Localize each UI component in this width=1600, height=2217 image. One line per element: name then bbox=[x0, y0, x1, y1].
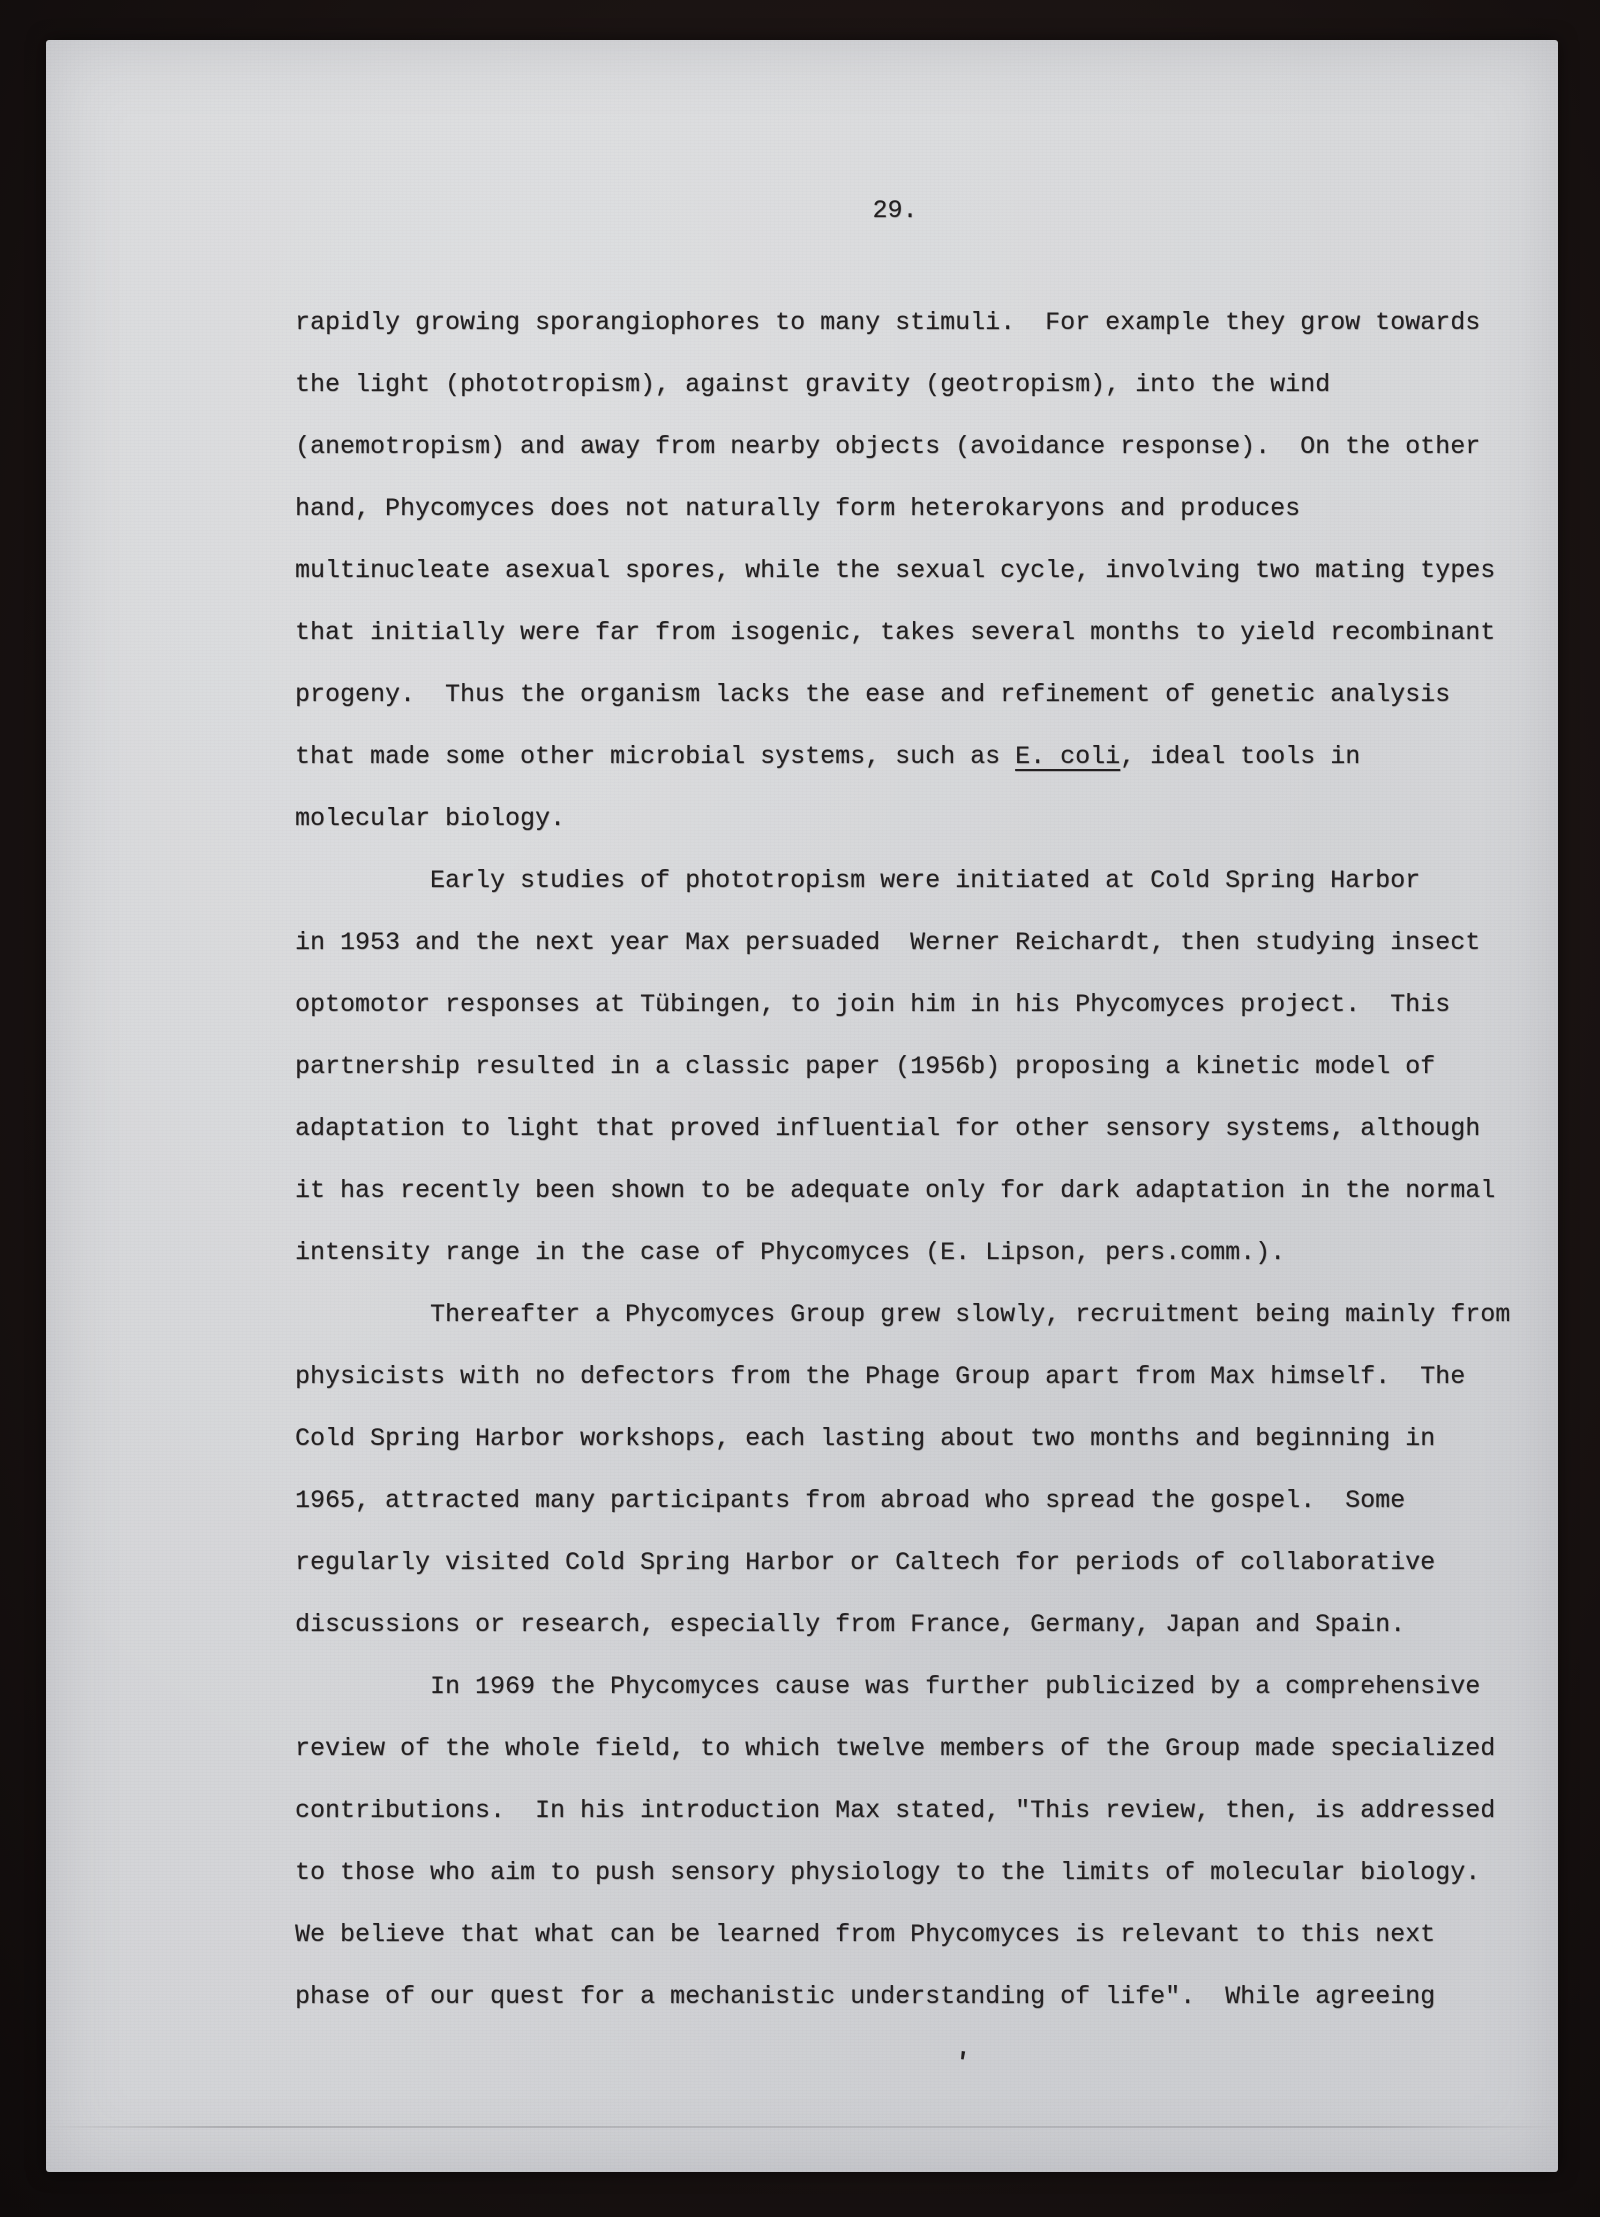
text-line: in 1953 and the next year Max persuaded … bbox=[295, 912, 1510, 974]
text-segment: it has recently been shown to be adequat… bbox=[295, 1176, 1495, 1205]
text-segment: optomotor responses at Tübingen, to join… bbox=[295, 990, 1450, 1019]
underlined-text: E. coli bbox=[1015, 742, 1120, 771]
text-line: In 1969 the Phycomyces cause was further… bbox=[295, 1656, 1510, 1718]
text-segment: In 1969 the Phycomyces cause was further… bbox=[295, 1672, 1480, 1701]
text-line: adaptation to light that proved influent… bbox=[295, 1098, 1510, 1160]
text-segment: We believe that what can be learned from… bbox=[295, 1920, 1435, 1949]
text-segment: regularly visited Cold Spring Harbor or … bbox=[295, 1548, 1435, 1577]
text-segment: molecular biology. bbox=[295, 804, 565, 833]
text-line: the light (phototropism), against gravit… bbox=[295, 354, 1510, 416]
text-line: intensity range in the case of Phycomyce… bbox=[295, 1222, 1510, 1284]
text-line: physicists with no defectors from the Ph… bbox=[295, 1346, 1510, 1408]
text-segment: progeny. Thus the organism lacks the eas… bbox=[295, 680, 1450, 709]
text-segment: intensity range in the case of Phycomyce… bbox=[295, 1238, 1285, 1267]
text-line: (anemotropism) and away from nearby obje… bbox=[295, 416, 1510, 478]
text-segment: that made some other microbial systems, … bbox=[295, 742, 1015, 771]
text-segment: multinucleate asexual spores, while the … bbox=[295, 556, 1495, 585]
text-segment: partnership resulted in a classic paper … bbox=[295, 1052, 1435, 1081]
text-line: it has recently been shown to be adequat… bbox=[295, 1160, 1510, 1222]
text-segment: Thereafter a Phycomyces Group grew slowl… bbox=[295, 1300, 1510, 1329]
text-line: phase of our quest for a mechanistic und… bbox=[295, 1966, 1510, 2028]
text-line: molecular biology. bbox=[295, 788, 1510, 850]
text-segment: , ideal tools in bbox=[1120, 742, 1360, 771]
ink-speck: ' bbox=[952, 2047, 972, 2079]
text-line: review of the whole field, to which twel… bbox=[295, 1718, 1510, 1780]
text-segment: to those who aim to push sensory physiol… bbox=[295, 1858, 1480, 1887]
text-line: to those who aim to push sensory physiol… bbox=[295, 1842, 1510, 1904]
text-segment: adaptation to light that proved influent… bbox=[295, 1114, 1480, 1143]
text-line: discussions or research, especially from… bbox=[295, 1594, 1510, 1656]
text-segment: the light (phototropism), against gravit… bbox=[295, 370, 1330, 399]
text-segment: that initially were far from isogenic, t… bbox=[295, 618, 1495, 647]
text-line: optomotor responses at Tübingen, to join… bbox=[295, 974, 1510, 1036]
text-line: Early studies of phototropism were initi… bbox=[295, 850, 1510, 912]
text-segment: phase of our quest for a mechanistic und… bbox=[295, 1982, 1435, 2011]
text-segment: rapidly growing sporangiophores to many … bbox=[295, 308, 1480, 337]
document-text: rapidly growing sporangiophores to many … bbox=[295, 292, 1510, 2028]
text-segment: 1965, attracted many participants from a… bbox=[295, 1486, 1405, 1515]
text-line: multinucleate asexual spores, while the … bbox=[295, 540, 1510, 602]
paper-crease bbox=[46, 2126, 1558, 2128]
document-page: 29. rapidly growing sporangiophores to m… bbox=[46, 40, 1558, 2172]
text-segment: contributions. In his introduction Max s… bbox=[295, 1796, 1495, 1825]
text-line: progeny. Thus the organism lacks the eas… bbox=[295, 664, 1510, 726]
text-segment: Cold Spring Harbor workshops, each lasti… bbox=[295, 1424, 1435, 1453]
page-number: 29. bbox=[295, 180, 1495, 242]
text-line: hand, Phycomyces does not naturally form… bbox=[295, 478, 1510, 540]
text-line: Thereafter a Phycomyces Group grew slowl… bbox=[295, 1284, 1510, 1346]
text-segment: discussions or research, especially from… bbox=[295, 1610, 1405, 1639]
text-line: Cold Spring Harbor workshops, each lasti… bbox=[295, 1408, 1510, 1470]
text-segment: review of the whole field, to which twel… bbox=[295, 1734, 1495, 1763]
text-line: contributions. In his introduction Max s… bbox=[295, 1780, 1510, 1842]
text-segment: hand, Phycomyces does not naturally form… bbox=[295, 494, 1300, 523]
text-line: partnership resulted in a classic paper … bbox=[295, 1036, 1510, 1098]
text-segment: Early studies of phototropism were initi… bbox=[295, 866, 1420, 895]
text-line: We believe that what can be learned from… bbox=[295, 1904, 1510, 1966]
text-line: rapidly growing sporangiophores to many … bbox=[295, 292, 1510, 354]
text-line: regularly visited Cold Spring Harbor or … bbox=[295, 1532, 1510, 1594]
text-line: 1965, attracted many participants from a… bbox=[295, 1470, 1510, 1532]
text-line: that initially were far from isogenic, t… bbox=[295, 602, 1510, 664]
text-segment: in 1953 and the next year Max persuaded … bbox=[295, 928, 1480, 957]
text-segment: (anemotropism) and away from nearby obje… bbox=[295, 432, 1480, 461]
text-line: that made some other microbial systems, … bbox=[295, 726, 1510, 788]
text-segment: physicists with no defectors from the Ph… bbox=[295, 1362, 1465, 1391]
